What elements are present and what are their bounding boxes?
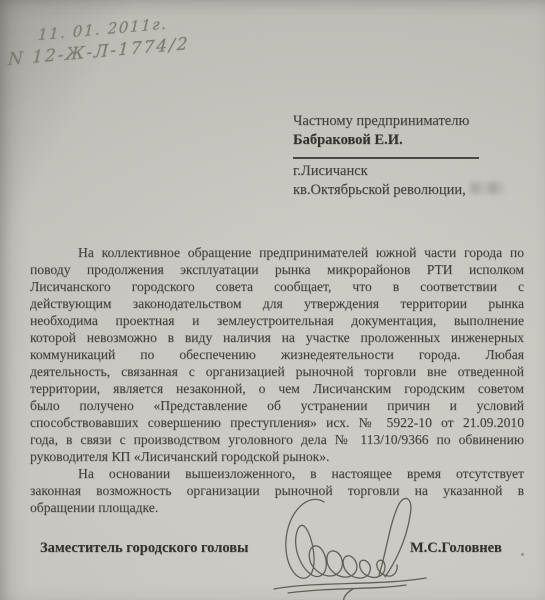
addressee-role: Частному предпринимателю	[293, 112, 498, 131]
scanned-letter: 11. 01. 2011г. N 12-Ж-Л-1774/2 Частному …	[0, 0, 545, 600]
addressee-block: Частному предпринимателю Бабраковой Е.И.…	[293, 112, 498, 200]
body-line: необходима проектная и землеустроительна…	[30, 312, 524, 329]
body-line: коммуникаций по обеспечению жизнедеятель…	[30, 346, 524, 363]
addressee-divider-line	[293, 157, 479, 159]
signature-main-stroke	[286, 499, 397, 578]
body-line: На основании вышеизложенного, в настояще…	[30, 465, 524, 482]
signature-underline	[274, 578, 426, 589]
body-line: поводу продолжения эксплуатации рынка ми…	[30, 261, 524, 278]
body-line: руководителя КП «Лисичанский городской р…	[30, 448, 524, 465]
body-line: способствовавших совершению преступления…	[30, 414, 524, 431]
body-paragraph-1: На коллективное обращение предпринимател…	[30, 244, 524, 465]
signature-tail-curve	[344, 589, 353, 600]
body-line: территории, является незаконной, о чем Л…	[30, 380, 524, 397]
redacted-house-number	[470, 182, 504, 194]
handwritten-reference-number: N 12-Ж-Л-1774/2	[7, 34, 190, 70]
signature-underline-2	[288, 585, 406, 593]
signature-scribble	[258, 488, 433, 600]
addressee-name: Бабраковой Е.И.	[293, 131, 498, 150]
signatory-name: М.С.Головнев	[410, 540, 502, 557]
addressee-city: г.Лисичанск	[293, 162, 498, 181]
addressee-street: кв.Октябрьской революции,	[293, 181, 498, 200]
body-line: года, в связи с производством уголовного…	[30, 431, 524, 448]
body-line: На коллективное обращение предпринимател…	[30, 244, 524, 261]
paper-speck	[521, 553, 524, 556]
letter-body: На коллективное обращение предпринимател…	[30, 244, 524, 516]
body-line: которой невозможно в виду наличия на уча…	[30, 329, 524, 346]
signatory-title: Заместитель городского головы	[40, 540, 248, 557]
addressee-street-label: кв.Октябрьской революции,	[293, 182, 466, 198]
body-line: Лисичанского городского совета сообщает,…	[30, 278, 524, 295]
body-line: деятельность, связанная с организацией р…	[30, 363, 524, 380]
body-line: действующим законодательством для утверж…	[30, 295, 524, 312]
body-line: было получено «Представление об устранен…	[30, 397, 524, 414]
signature-tall-loop	[379, 498, 411, 577]
